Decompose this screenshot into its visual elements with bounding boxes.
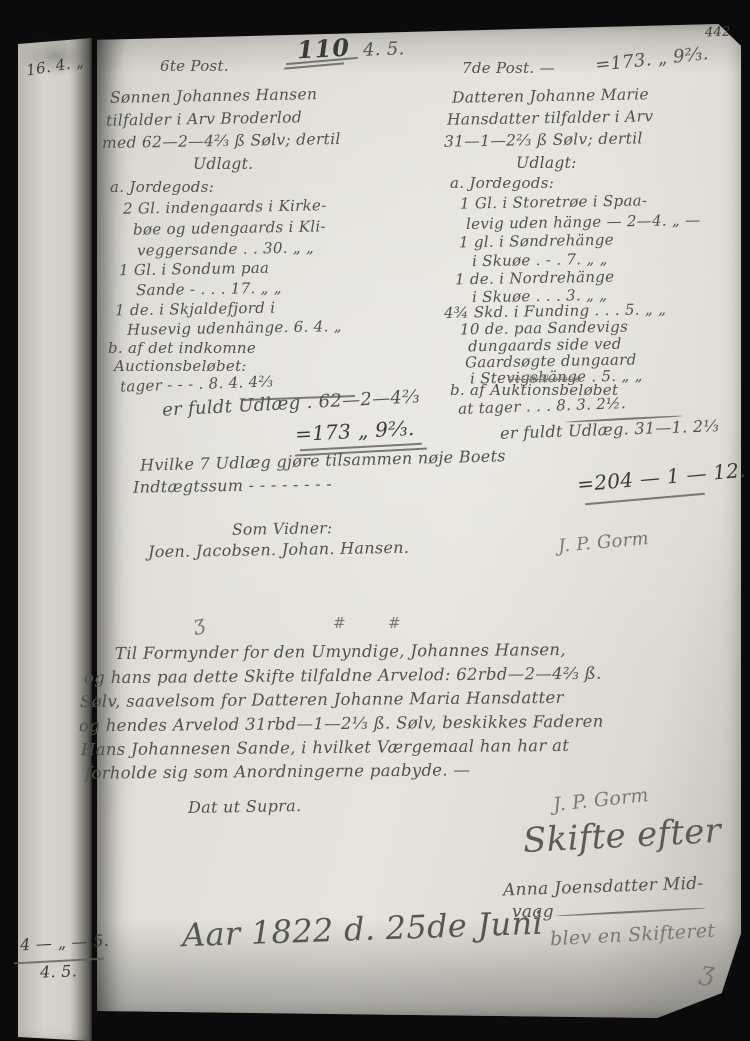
post6-section-a-label: a. Jordegods: (110, 179, 214, 196)
margin-note-bottom-1: 4 — „ — 5. (20, 932, 110, 954)
post7-entry: 1 gl. i Søndrehänge (459, 232, 614, 251)
post6-section-b-line: b. af det indkomne (108, 340, 256, 357)
post6-entry: Sande - . . . 17. „ „ (136, 280, 282, 299)
post6-entry: Husevig udenhänge. 6. 4. „ (127, 318, 342, 338)
dat-ut-supra: Dat ut Supra. (188, 797, 302, 817)
guardian-line: forholde sig som Anordningerne paabyde. … (85, 761, 470, 783)
post7-intro-line: Datteren Johanne Marie (452, 86, 649, 106)
summary-line: Indtægtssum - - - - - - - - (133, 475, 332, 496)
previous-page-edge (18, 38, 92, 1041)
witnesses-label: Som Vidner: (232, 520, 333, 539)
margin-note-bottom-2: 4. 5. (40, 962, 78, 981)
post7-entry: 1 de. i Nordrehänge (455, 269, 615, 288)
post7-intro-line: Hansdatter tilfalder i Arv (447, 108, 654, 129)
post6-entry: 2 Gl. indengaards i Kirke- (123, 197, 327, 217)
post6-section-b-line: Auctionsbeløbet: (114, 358, 247, 375)
post7-entry: 1 Gl. i Storetrøe i Spaa- (460, 192, 648, 212)
post6-entry: 1 Gl. i Sondum paa (119, 260, 270, 279)
post6-entry: 1 de. i Skjaldefjord i (115, 300, 276, 319)
manuscript-page (97, 24, 741, 1018)
post7-entry: i Skuøe . - . 7. „ „ (472, 251, 608, 270)
folio-number: 442 (705, 26, 731, 41)
post6-entry: veggersande . . 30. „ „ (137, 239, 314, 259)
post6-entry: bøe og udengaards i Kli- (133, 218, 326, 238)
top-mark-rest: 4. 5. (363, 39, 405, 60)
post7-section-a-label: a. Jordegods: (450, 175, 554, 192)
post7-heading: 7de Post. — (462, 60, 555, 77)
pen-mark: # (388, 615, 401, 632)
pen-mark: # (333, 615, 346, 632)
post6-intro-line: Sønnen Johannes Hansen (110, 86, 318, 107)
post7-intro-line: Udlagt: (516, 155, 577, 172)
post6-intro-line: Udlagt. (193, 156, 253, 173)
post7-entry: levig uden hänge — 2—4. „ — (466, 212, 701, 233)
post6-heading: 6te Post. (160, 58, 229, 75)
post7-intro-line: 31—1—2⅔ ß Sølv; dertil (444, 130, 643, 151)
post6-intro-line: tilfalder i Arv Broderlod (106, 109, 302, 129)
